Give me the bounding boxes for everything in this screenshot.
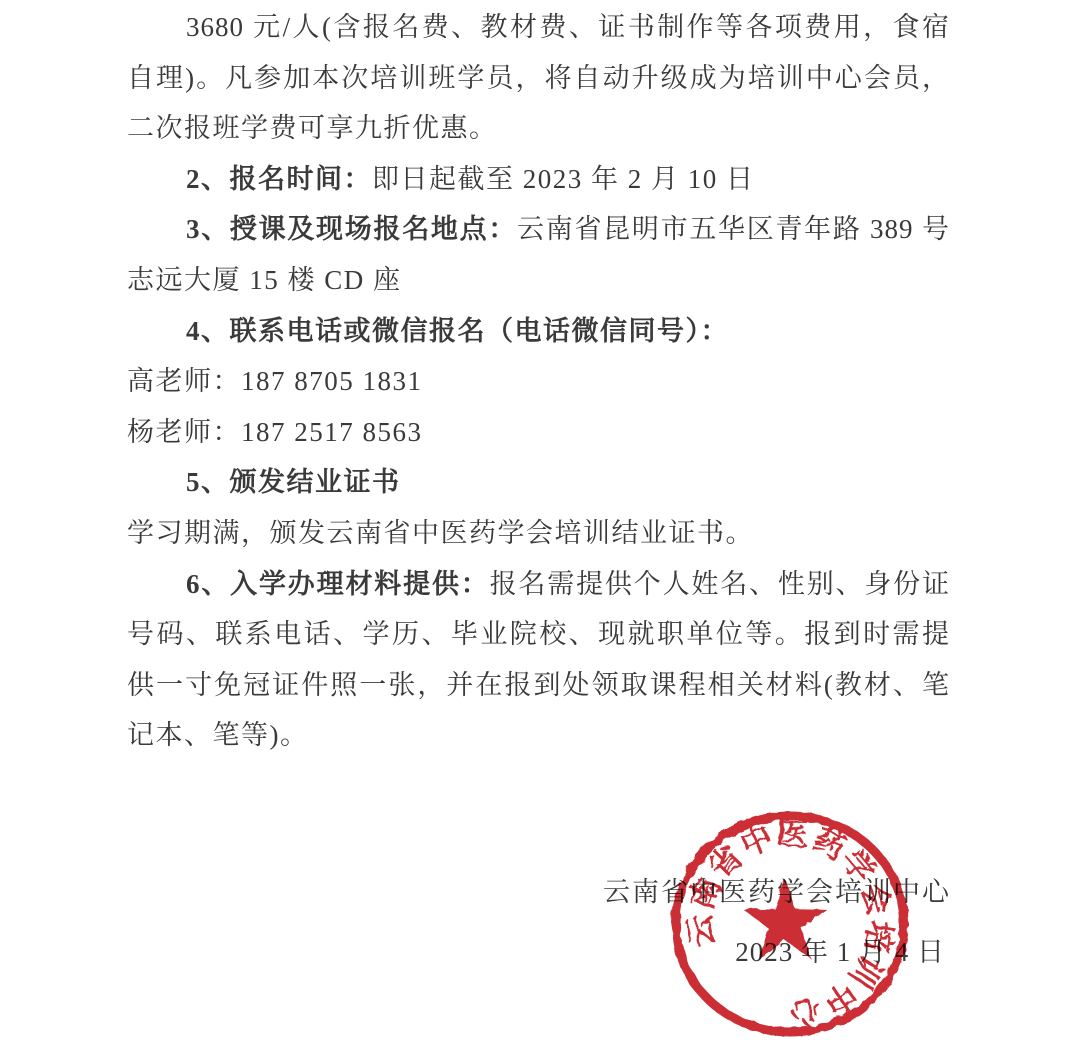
seal-ring-char: 医 <box>777 817 809 853</box>
document-page: 3680 元/人(含报名费、教材费、证书制作等各项费用，食宿自理)。凡参加本次培… <box>0 0 1080 1056</box>
document-line: 3680 元/人(含报名费、教材费、证书制作等各项费用，食宿 <box>127 2 950 53</box>
document-line: 自理)。凡参加本次培训班学员，将自动升级成为培训中心会员， <box>127 53 950 104</box>
document-line: 6、入学办理材料提供：报名需提供个人姓名、性别、身份证 <box>127 559 950 610</box>
line-text-bold: 6、入学办理材料提供： <box>186 569 490 599</box>
line-text-bold: 4、联系电话或微信报名（电话微信同号）： <box>186 316 729 346</box>
line-text: 记本、笔等)。 <box>127 720 309 750</box>
seal-star-icon <box>743 879 827 959</box>
document-line: 5、颁发结业证书 <box>127 457 950 508</box>
seal-ring-char: 云 <box>682 914 719 947</box>
line-text: 3680 元/人(含报名费、教材费、证书制作等各项费用，食宿 <box>186 12 950 42</box>
seal-ring-char: 培 <box>859 919 898 955</box>
line-text: 杨老师：187 2517 8563 <box>127 417 423 447</box>
line-text-bold: 3、授课及现场报名地点： <box>186 214 517 244</box>
document-line: 杨老师：187 2517 8563 <box>127 407 950 458</box>
line-text: 号码、联系电话、学历、毕业院校、现就职单位等。报到时需提 <box>127 619 950 649</box>
line-text: 高老师：187 8705 1831 <box>127 366 423 396</box>
line-text: 志远大厦 15 楼 CD 座 <box>127 265 402 295</box>
document-line: 号码、联系电话、学历、毕业院校、现就职单位等。报到时需提 <box>127 609 950 660</box>
document-line: 学习期满，颁发云南省中医药学会培训结业证书。 <box>127 508 950 559</box>
document-line: 3、授课及现场报名地点：云南省昆明市五华区青年路 389 号 <box>127 204 950 255</box>
document-line: 志远大厦 15 楼 CD 座 <box>127 255 950 306</box>
line-text: 二次报班学费可享九折优惠。 <box>127 113 498 143</box>
seal-ring-char: 会 <box>855 880 897 919</box>
line-text-bold: 2、报名时间： <box>186 164 372 194</box>
line-text: 自理)。凡参加本次培训班学员，将自动升级成为培训中心会员， <box>127 63 950 93</box>
line-text: 报名需提供个人姓名、性别、身份证 <box>490 569 950 599</box>
document-line: 高老师：187 8705 1831 <box>127 356 950 407</box>
line-text: 云南省昆明市五华区青年路 389 号 <box>517 214 950 244</box>
line-text: 供一寸免冠证件照一张，并在报到处领取课程相关材料(教材、笔 <box>127 670 950 700</box>
official-seal-stamp: 云南省中医药学会培训中心 <box>664 804 916 1044</box>
line-text: 即日起截至 2023 年 2 月 10 日 <box>372 164 755 194</box>
document-line: 二次报班学费可享九折优惠。 <box>127 103 950 154</box>
document-line: 2、报名时间：即日起截至 2023 年 2 月 10 日 <box>127 154 950 205</box>
line-text-bold: 5、颁发结业证书 <box>186 467 401 497</box>
seal-ring-char: 心 <box>786 992 824 1032</box>
document-body: 3680 元/人(含报名费、教材费、证书制作等各项费用，食宿自理)。凡参加本次培… <box>127 2 950 761</box>
document-line: 供一寸免冠证件照一张，并在报到处领取课程相关材料(教材、笔 <box>127 660 950 711</box>
line-text: 学习期满，颁发云南省中医药学会培训结业证书。 <box>127 518 754 548</box>
document-line: 4、联系电话或微信报名（电话微信同号）： <box>127 306 950 357</box>
document-line: 记本、笔等)。 <box>127 710 950 761</box>
